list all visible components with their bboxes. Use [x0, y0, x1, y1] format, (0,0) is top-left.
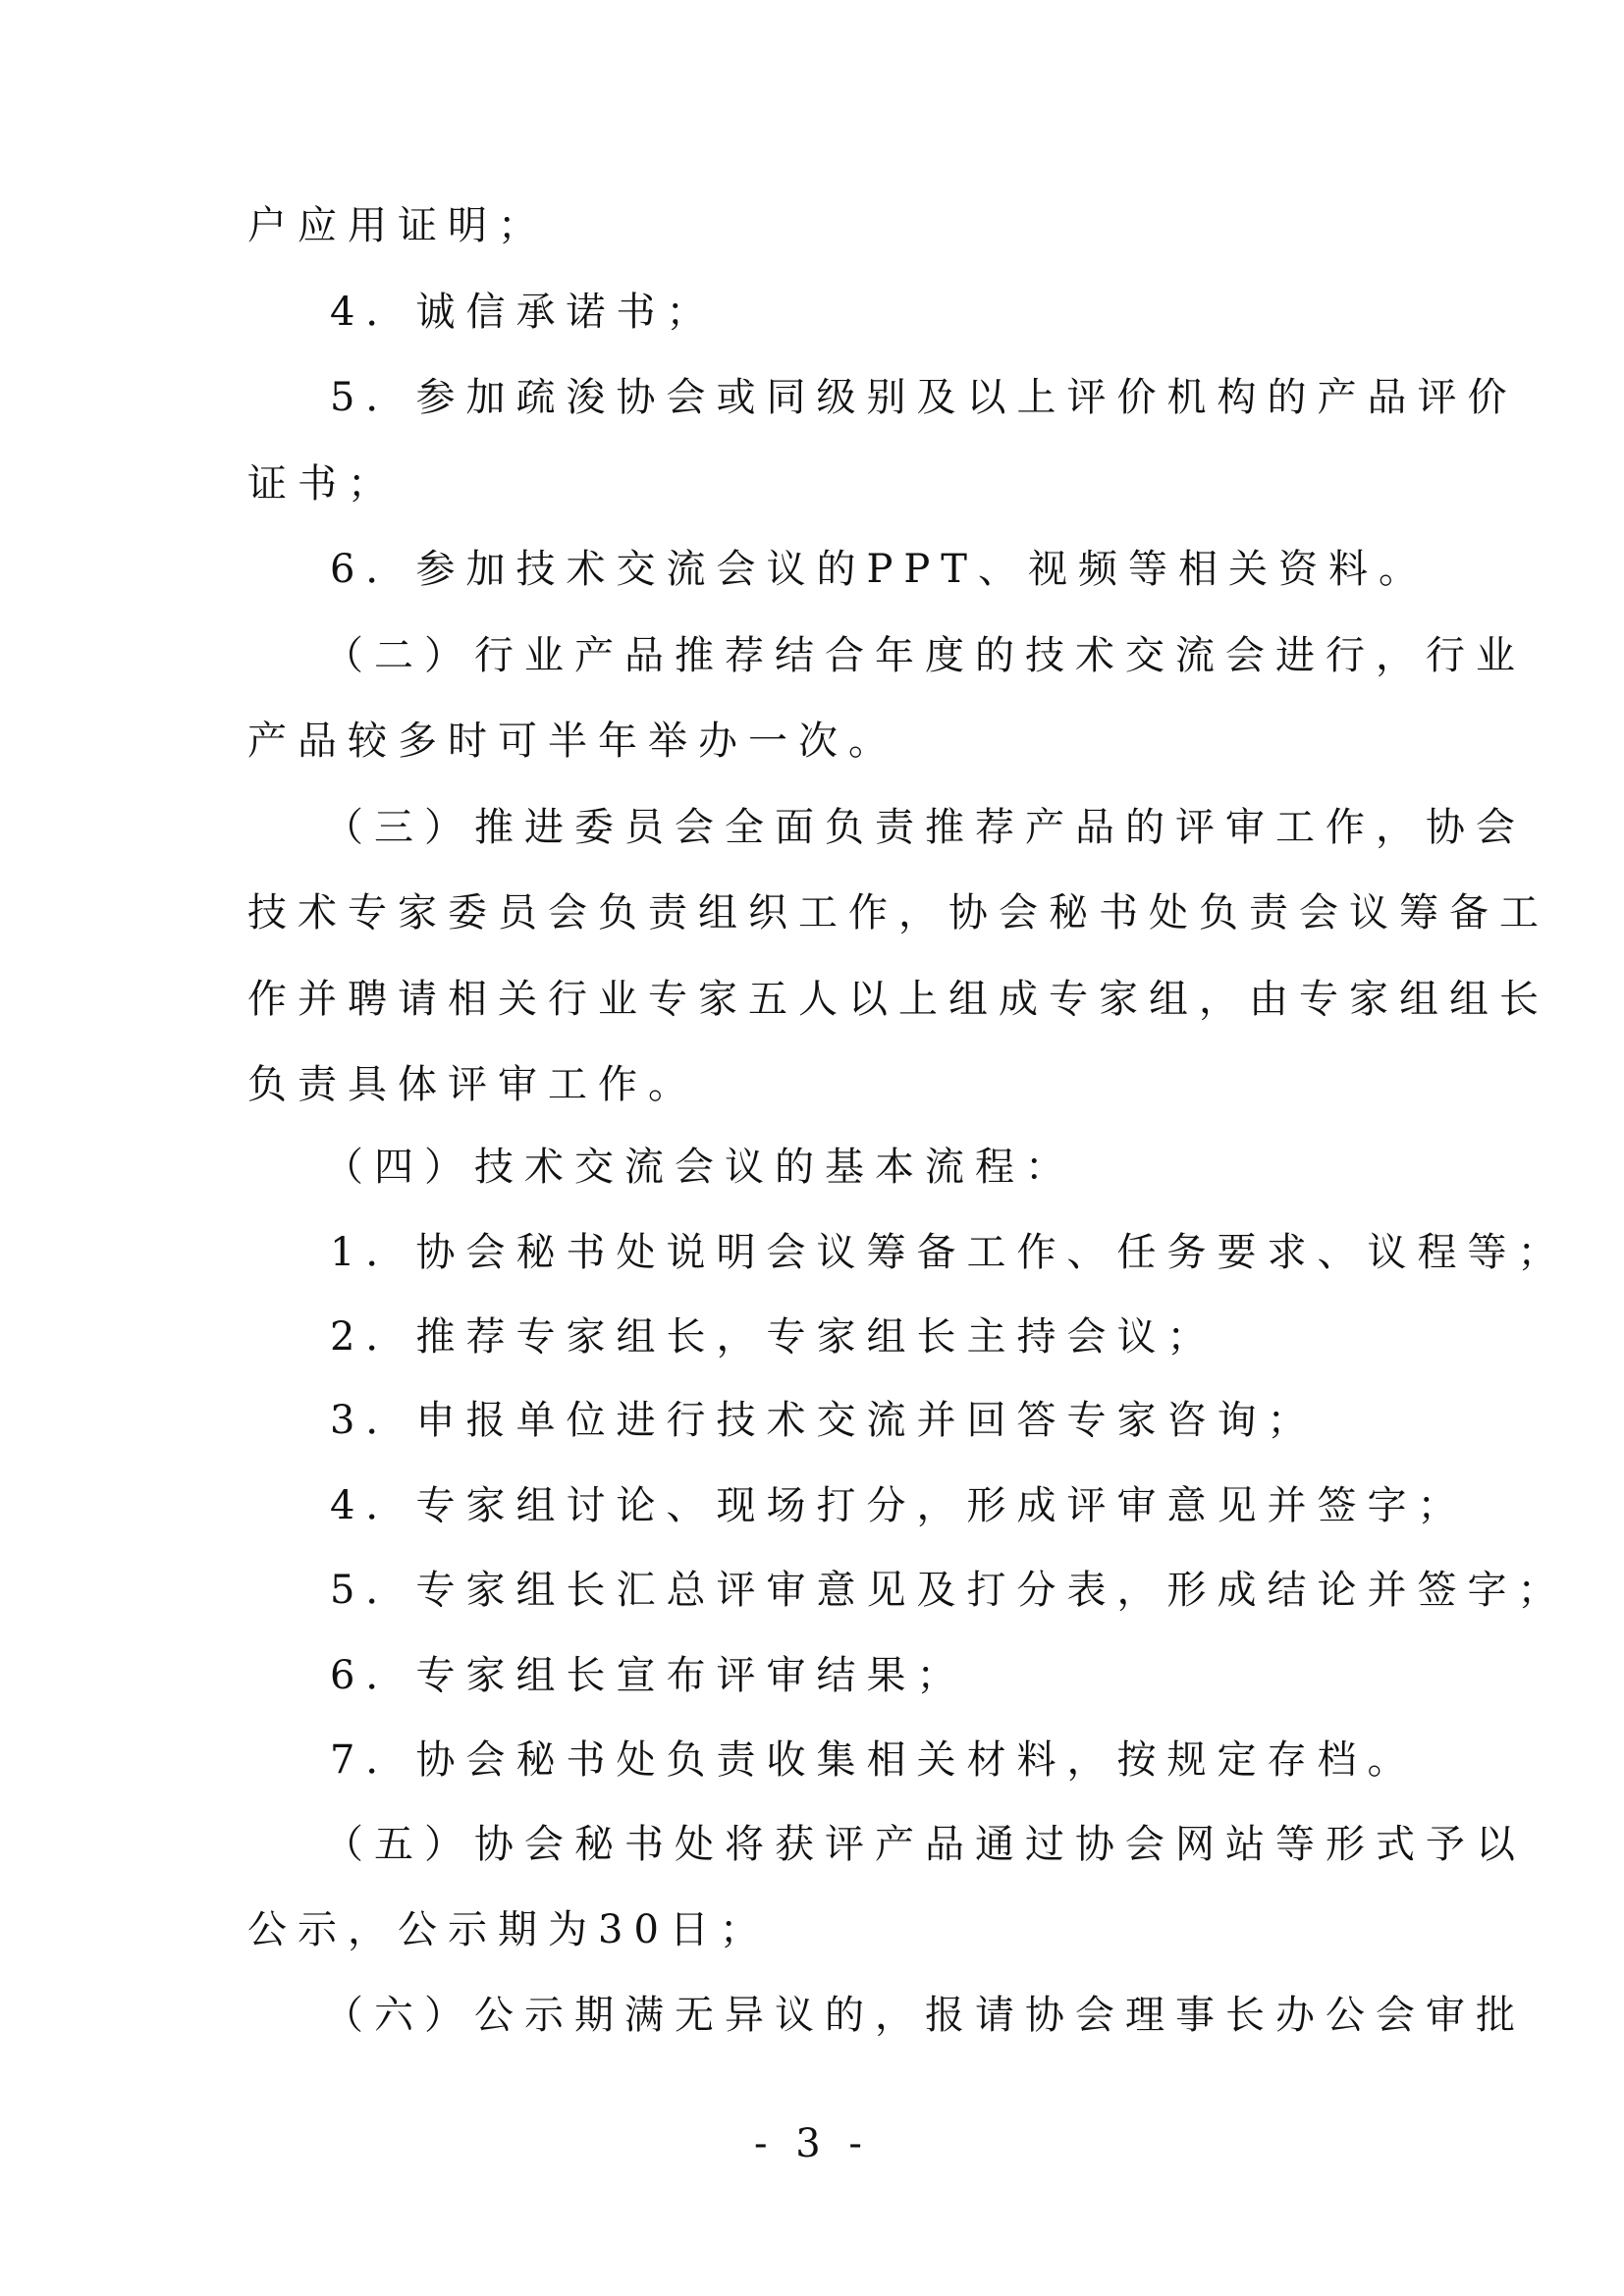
list-item-5-evaluation-certificate: 5．参加疏浚协会或同级别及以上评价机构的产品评价 — [330, 374, 1469, 421]
paragraph-line: 户应用证明； — [247, 202, 1386, 249]
paragraph-line: 作并聘请相关行业专家五人以上组成专家组，由专家组组长 — [247, 976, 1386, 1023]
process-step-6: 6．专家组长宣布评审结果； — [330, 1652, 1469, 1699]
paragraph-line: 公示，公示期为30日； — [247, 1906, 1386, 1953]
section-2-paragraph: （二）行业产品推荐结合年度的技术交流会进行，行业 — [324, 632, 1463, 679]
document-page: 户应用证明； 4．诚信承诺书； 5．参加疏浚协会或同级别及以上评价机构的产品评价… — [0, 0, 1624, 2296]
paragraph-line: 证书； — [247, 460, 1386, 507]
section-4-heading: （四）技术交流会议的基本流程： — [324, 1144, 1463, 1191]
section-6-paragraph: （六）公示期满无异议的，报请协会理事长办公会审批 — [324, 1992, 1463, 2039]
process-step-7: 7．协会秘书处负责收集相关材料，按规定存档。 — [330, 1736, 1469, 1784]
process-step-3: 3．申报单位进行技术交流并回答专家咨询； — [330, 1397, 1469, 1444]
list-item-6-meeting-materials: 6．参加技术交流会议的PPT、视频等相关资料。 — [330, 546, 1469, 593]
process-step-1: 1．协会秘书处说明会议筹备工作、任务要求、议程等； — [330, 1229, 1469, 1276]
page-number: - 3 - — [0, 2120, 1624, 2167]
paragraph-line: 负责具体评审工作。 — [247, 1061, 1386, 1108]
paragraph-line: 产品较多时可半年举办一次。 — [247, 718, 1386, 765]
process-step-2: 2．推荐专家组长，专家组长主持会议； — [330, 1313, 1469, 1361]
section-5-paragraph: （五）协会秘书处将获评产品通过协会网站等形式予以 — [324, 1821, 1463, 1868]
process-step-5: 5．专家组长汇总评审意见及打分表，形成结论并签字； — [330, 1567, 1469, 1614]
paragraph-line: 技术专家委员会负责组织工作，协会秘书处负责会议筹备工 — [247, 889, 1386, 936]
list-item-4-integrity-pledge: 4．诚信承诺书； — [330, 289, 1469, 336]
section-3-paragraph: （三）推进委员会全面负责推荐产品的评审工作，协会 — [324, 804, 1463, 851]
process-step-4: 4．专家组讨论、现场打分，形成评审意见并签字； — [330, 1482, 1469, 1529]
